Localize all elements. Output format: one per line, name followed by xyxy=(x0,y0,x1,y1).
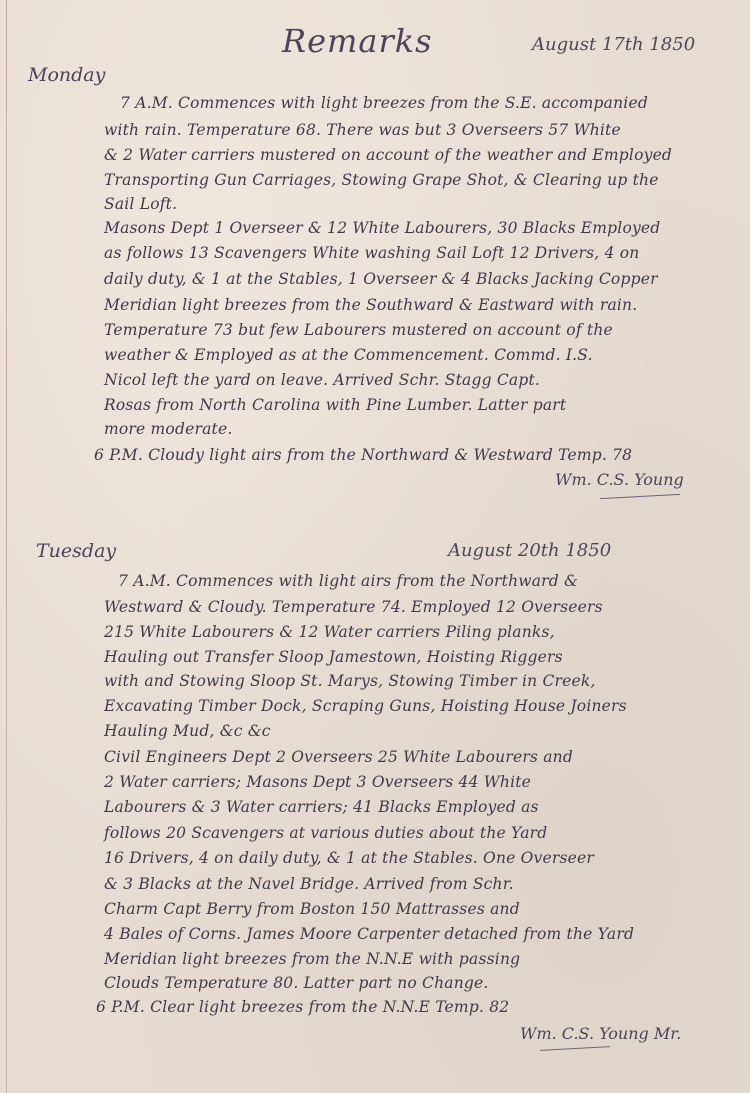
entry-line: with rain. Temperature 68. There was but… xyxy=(104,121,621,139)
entry-line: 2 Water carriers; Masons Dept 3 Overseer… xyxy=(104,773,531,791)
entry-line: 16 Drivers, 4 on daily duty, & 1 at the … xyxy=(104,849,594,867)
entry-date-monday: August 17th 1850 xyxy=(532,34,695,55)
entry-line: Charm Capt Berry from Boston 150 Mattras… xyxy=(104,900,520,918)
entry-line: Rosas from North Carolina with Pine Lumb… xyxy=(104,396,566,414)
entry-line: Transporting Gun Carriages, Stowing Grap… xyxy=(104,171,659,189)
entry-line: 4 Bales of Corns. James Moore Carpenter … xyxy=(104,925,634,943)
entry-line: & 2 Water carriers mustered on account o… xyxy=(104,146,672,164)
entry-date-tuesday: August 20th 1850 xyxy=(448,540,611,561)
signature-monday: Wm. C.S. Young xyxy=(555,470,684,489)
entry-line: Excavating Timber Dock, Scraping Guns, H… xyxy=(104,697,627,715)
entry-line: with and Stowing Sloop St. Marys, Stowin… xyxy=(104,672,596,690)
entry-line: 215 White Labourers & 12 Water carriers … xyxy=(104,623,555,641)
entry-line: more moderate. xyxy=(104,420,232,438)
entry-line: daily duty, & 1 at the Stables, 1 Overse… xyxy=(104,270,658,288)
entry-line: 6 P.M. Cloudy light airs from the Northw… xyxy=(94,446,632,464)
entry-line: Meridian light breezes from the Southwar… xyxy=(104,296,637,314)
entry-line: Hauling out Transfer Sloop Jamestown, Ho… xyxy=(104,648,563,666)
page-margin-line xyxy=(6,0,7,1093)
entry-line: as follows 13 Scavengers White washing S… xyxy=(104,244,639,262)
entry-line: Masons Dept 1 Overseer & 12 White Labour… xyxy=(104,219,660,237)
signature-tuesday: Wm. C.S. Young Mr. xyxy=(520,1024,681,1043)
entry-line: Nicol left the yard on leave. Arrived Sc… xyxy=(104,371,540,389)
signature-flourish xyxy=(600,494,680,499)
entry-day-tuesday: Tuesday xyxy=(36,540,116,562)
entry-line: Temperature 73 but few Labourers mustere… xyxy=(104,321,613,339)
signature-flourish xyxy=(540,1046,610,1051)
page-title: Remarks xyxy=(282,22,433,60)
entry-line: & 3 Blacks at the Navel Bridge. Arrived … xyxy=(104,875,514,893)
entry-line: follows 20 Scavengers at various duties … xyxy=(104,824,547,842)
entry-line: Westward & Cloudy. Temperature 74. Emplo… xyxy=(104,598,603,616)
entry-line: Hauling Mud, &c &c xyxy=(104,722,271,740)
entry-line: 6 P.M. Clear light breezes from the N.N.… xyxy=(96,998,509,1016)
entry-line: 7 A.M. Commences with light airs from th… xyxy=(118,572,578,590)
entry-line: weather & Employed as at the Commencemen… xyxy=(104,346,593,364)
entry-day-monday: Monday xyxy=(28,64,105,86)
entry-line: Meridian light breezes from the N.N.E wi… xyxy=(104,950,520,968)
entry-line: Civil Engineers Dept 2 Overseers 25 Whit… xyxy=(104,748,573,766)
entry-line: Sail Loft. xyxy=(104,195,177,213)
entry-line: Clouds Temperature 80. Latter part no Ch… xyxy=(104,974,489,992)
entry-line: 7 A.M. Commences with light breezes from… xyxy=(120,94,648,112)
entry-line: Labourers & 3 Water carriers; 41 Blacks … xyxy=(104,798,539,816)
